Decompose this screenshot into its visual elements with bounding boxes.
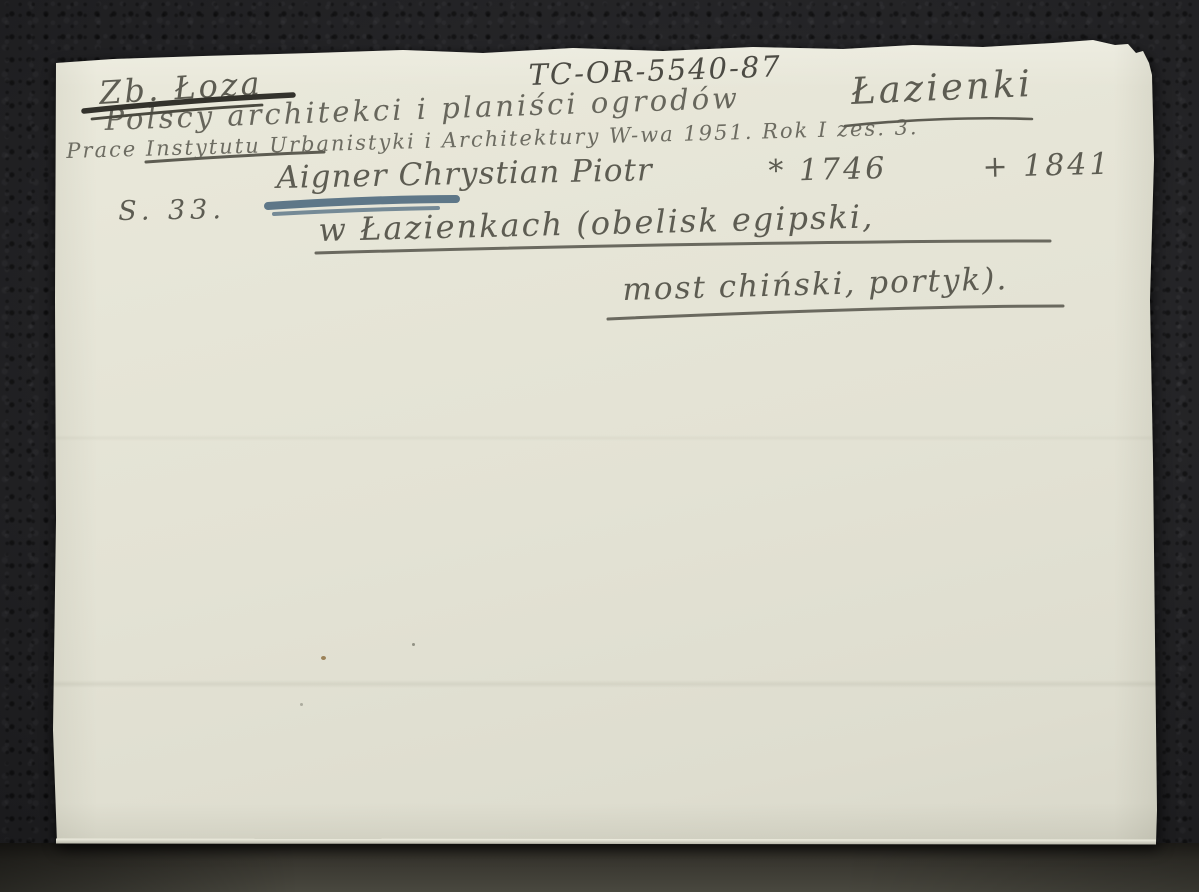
paper-speck [412, 643, 415, 646]
paper-speck [321, 656, 326, 660]
person-death-date: + 1841 [982, 147, 1112, 185]
page-reference: S. 33. [118, 194, 226, 227]
person-birth-date: * 1746 [768, 151, 888, 189]
paper-crease [53, 680, 1158, 688]
scanned-document-stage: Zb. Łoza TC-OR-5540-87 Łazienki Polscy a… [0, 0, 1199, 892]
paper-bottom-edge [56, 839, 1156, 845]
paper-speck [300, 703, 303, 706]
keyword-heading: Łazienki [850, 62, 1034, 113]
paper-crease [53, 435, 1158, 441]
